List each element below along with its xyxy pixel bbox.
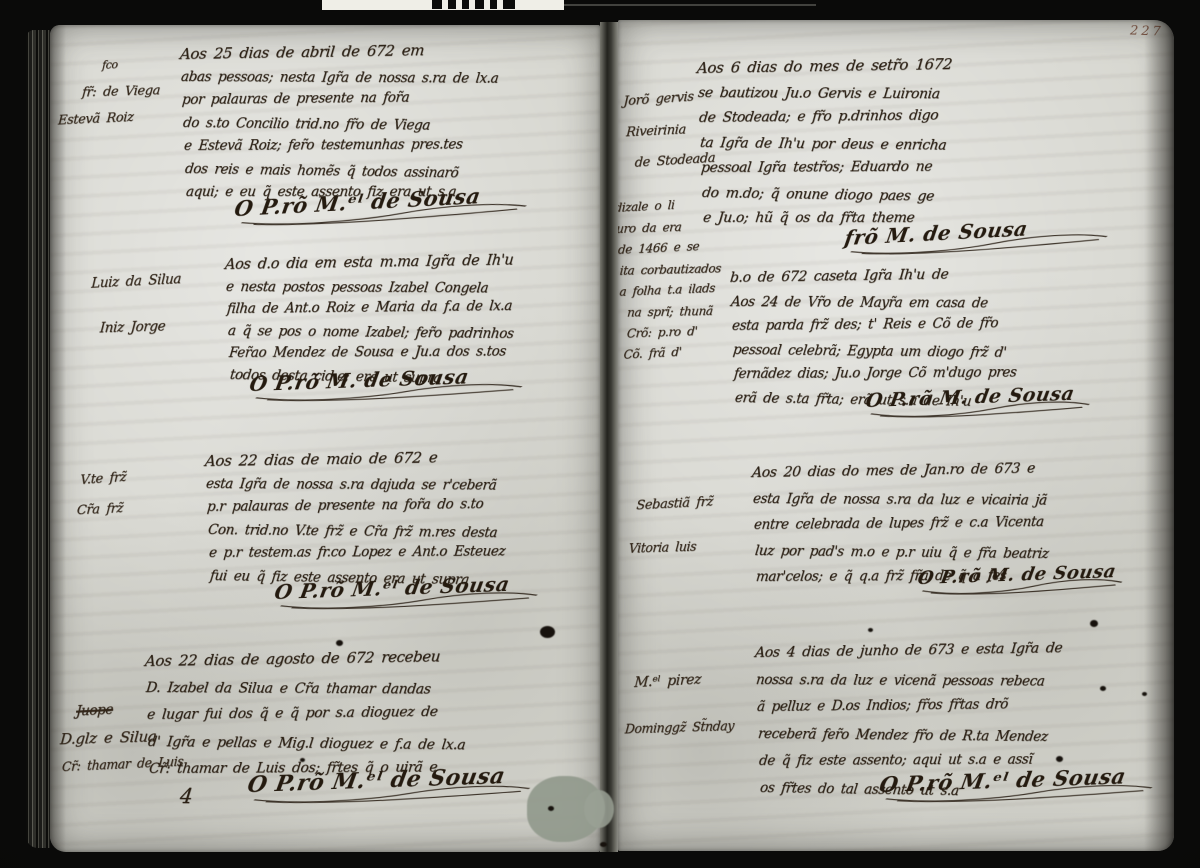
- handwriting-line: ã pelluz e D.os Indios; fr̃os fr̃tas drõ: [756, 690, 1109, 721]
- handwriting-line: Aos 4 dias de junho de 673 e esta Igr̃a …: [754, 634, 1106, 667]
- left-page: fcofr̃: de ViegaEstevã RoizLuiz da Silua…: [50, 25, 600, 852]
- handwriting-line: entre celebrada de lupes frz̃ e c.a Vice…: [753, 508, 1105, 538]
- handwriting-line: Aos 20 dias do mes de Jan.ro de 673 e: [751, 454, 1103, 486]
- stain-mark: [584, 790, 614, 828]
- calibration-strip-tail: [564, 4, 816, 6]
- margin-note: M.ᵉˡ pirezDominggz̃ St̃nday: [636, 656, 748, 752]
- handwriting-line: fr̃: de Viega: [81, 77, 161, 106]
- handwriting-line: Cr̃a frz̃: [76, 494, 124, 526]
- handwriting-line: e p.r testem.as fr.co Lopez e Ant.o Este…: [208, 540, 550, 565]
- ink-spot: [336, 640, 343, 646]
- handwriting-line: Luiz da Silua: [90, 257, 182, 307]
- handwriting-line: Iniz Jorge: [98, 304, 191, 352]
- manuscript-scan: fcofr̃: de ViegaEstevã RoizLuiz da Silua…: [0, 0, 1200, 868]
- handwriting-line: Aos d.o dia em esta m.ma Igr̃a de Ih'u: [224, 249, 556, 276]
- handwriting-line: b.o de 672 caseta Igr̃a Ih'u de: [729, 261, 1071, 290]
- handwriting-entry: Aos 22 dias de maio de 672 eesta Igr̃a d…: [208, 450, 548, 588]
- handwriting-entry: Aos 6 dias do mes de setr̃o 1672se bauti…: [700, 56, 1080, 231]
- ink-spot: [300, 758, 305, 762]
- calibration-mark: [490, 0, 497, 9]
- calibration-strip: [322, 0, 564, 10]
- handwriting-line: Dominggz̃ St̃nday: [623, 703, 736, 752]
- folio-number: 227: [1130, 23, 1164, 39]
- handwriting-line: fernãdez dias; Ju.o Jorge Cõ m'dugo pres: [733, 360, 1075, 386]
- ink-spot: [1090, 620, 1098, 627]
- handwriting-line: pessoal Igr̃a testr̃os; Eduardo ne: [700, 154, 1082, 181]
- margin-note: Luiz da SiluaIniz Jorge: [93, 258, 186, 351]
- handwriting-line: Cõ. frã d': [623, 340, 725, 366]
- handwriting-line: de 1466 e se: [618, 235, 720, 261]
- ink-spot: [868, 628, 873, 632]
- calibration-mark: [503, 0, 515, 9]
- handwriting-line: M.ᵉˡ pirez: [633, 654, 745, 706]
- ink-spot: [600, 842, 607, 847]
- handwriting-line: a folha t.a ilads: [619, 278, 722, 303]
- handwriting-line: Aos 6 dias do mes de setr̃o 1672: [696, 50, 1078, 81]
- ink-spot: [1056, 756, 1063, 762]
- handwriting-line: p.r palauras de presente na for̃a do s.t…: [206, 492, 548, 519]
- handwriting-line: Jorõ gervis: [623, 81, 705, 118]
- book-page-edges: [26, 30, 50, 848]
- handwriting-line: fco: [101, 48, 180, 79]
- ink-spot: [540, 626, 555, 638]
- handwriting-entry: Aos 25 dias de abril de 672 emabas pesso…: [183, 43, 533, 204]
- calibration-mark: [432, 0, 442, 9]
- handwriting-line: de Stodeada; e fr̃o p.drinhos digo: [698, 102, 1080, 131]
- margin-note: V.te frz̃Cr̃a frz̃: [76, 464, 125, 526]
- ink-spot: [1142, 692, 1147, 696]
- handwriting-line: Vitoria luis: [627, 525, 707, 569]
- handwriting-line: filha de Ant.o Roiz e Maria da f.a de lx…: [226, 295, 558, 320]
- margin-note: Sebastiã frz̃Vitoria luis: [639, 483, 719, 570]
- book-gutter: [600, 22, 618, 852]
- ink-spot: [1100, 686, 1106, 691]
- margin-note: fcofr̃: de ViegaEstevã Roiz: [57, 51, 138, 135]
- handwriting-line: Aos 22 dias de maio de 672 e: [204, 445, 546, 473]
- calibration-mark: [475, 0, 484, 9]
- ink-spot: [548, 806, 554, 811]
- handwriting-line: Fer̃ao Mendez de Sousa e Ju.a dos s.tos: [228, 340, 560, 364]
- handwriting-line: por palauras de presente na for̃a: [181, 85, 533, 112]
- calibration-mark: [448, 0, 456, 9]
- calibration-mark: [462, 0, 469, 9]
- handwriting-line: Sebastiã frz̃: [635, 481, 714, 527]
- handwriting-line: e lugar fui dos q̃ e q̃ por s.a dioguez …: [146, 698, 539, 729]
- handwriting-line: Aos 22 dias de agosto de 672 recebeu: [144, 642, 536, 675]
- handwriting-line: e Estevã Roiz; fer̃o testemunhas pres.te…: [183, 133, 535, 158]
- handwriting-line: Aos 25 dias de abril de 672 em: [179, 37, 531, 66]
- right-page: 227 Jorõ gervisRiveiriniade Stodeadadiza…: [618, 20, 1174, 851]
- handwriting-line: esta parda frz̃ des; t' Reis e Cõ de fr̃…: [731, 310, 1073, 338]
- handwriting-line: V.te frz̃: [80, 463, 127, 496]
- handwriting-line: Estevã Roiz: [57, 104, 136, 135]
